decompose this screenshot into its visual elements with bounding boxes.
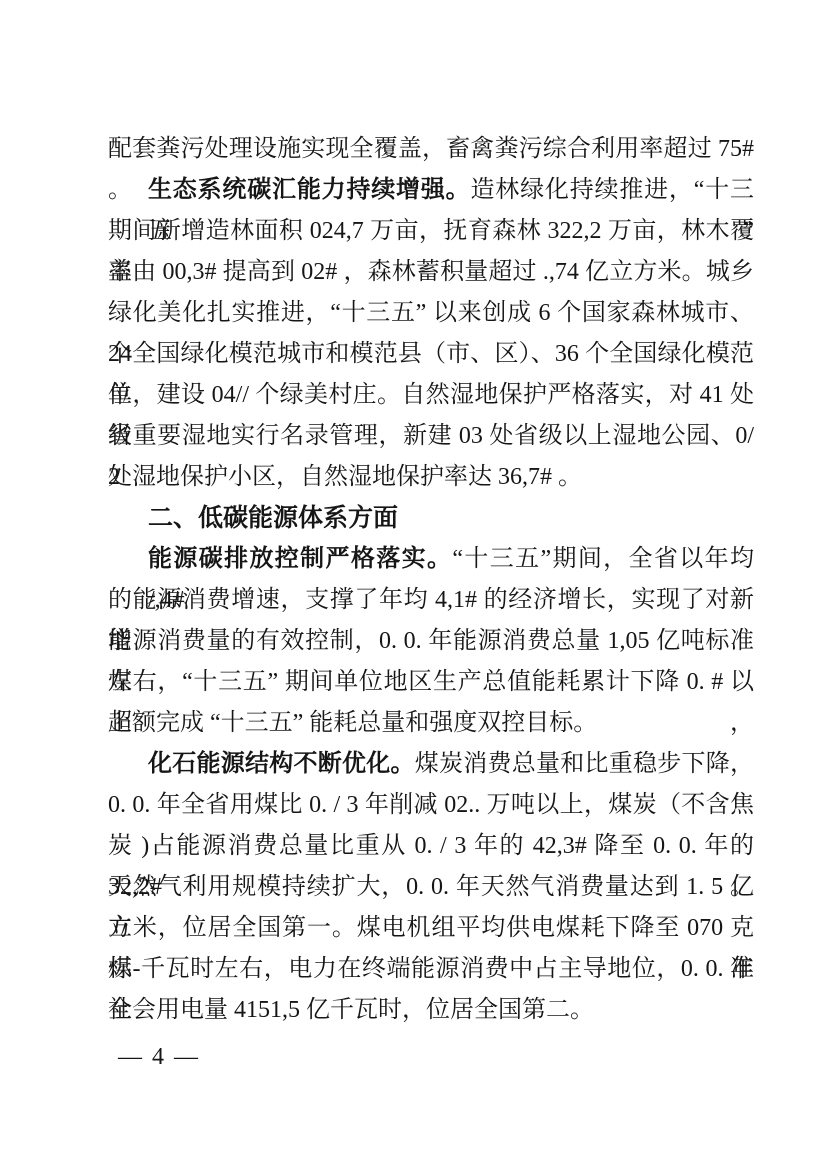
paragraph-lead-emphasis: 生态系统碳汇能力持续增强。 [148,177,470,203]
text-line: 级重要湿地实行名录管理，新建 03 处省级以上湿地公园、0/ 2 [108,416,754,457]
text-line: 天然气利用规模持续扩大，0. 0. 年天然气消费量达到 1. 5 亿立 [108,867,754,908]
document-page: 配套粪污处理设施实现全覆盖，畜禽粪污综合利用率超过 75# 。生态系统碳汇能力持… [0,0,826,1169]
text-line: 生态系统碳汇能力持续增强。造林绿化持续推进，“十三五” [108,170,754,211]
document-body: 配套粪污处理设施实现全覆盖，畜禽粪污综合利用率超过 75# 。生态系统碳汇能力持… [108,129,754,1031]
page-number: — 4 — [118,1042,200,1072]
text-line: 位，建设 04// 个绿美村庄。自然湿地保护严格落实，对 41 处省 [108,375,754,416]
text-line: 左右，“十三五” 期间单位地区生产总值能耗累计下降 0. # 以上， [108,662,754,703]
text-line: 的能源消费增速，支撑了年均 4,1# 的经济增长，实现了对新增 [108,580,754,621]
text-line: 煤-千瓦时左右，电力在终端能源消费中占主导地位，0. 0. 年全 [108,949,754,990]
text-line: 炭 )占能源消费总量比重从 0. / 3 年的 42,3# 降至 0. 0. 年… [108,826,754,867]
text-line: 0. 0. 年全省用煤比 0. / 3 年削减 02.. 万吨以上，煤炭（不含焦 [108,785,754,826]
text-line: 个全国绿化模范城市和模范县（市、区）、36 个全国绿化模范单 [108,334,754,375]
paragraph-text: 超额完成 “十三五” 能耗总量和强度双控目标。 [108,710,597,736]
text-line: 社会用电量 4151,5 亿千瓦时，位居全国第二。 [108,990,754,1031]
heading-low-carbon-energy-system: 二、低碳能源体系方面 [108,498,754,539]
paragraph-text: 0. 0. 年全省用煤比 0. / 3 年削减 02.. 万吨以上，煤炭（不含焦 [108,792,754,818]
paragraph-text: 煤炭消费总量和比重稳步下降， [415,751,754,777]
paragraph-text: 社会用电量 4151,5 亿千瓦时，位居全国第二。 [108,997,594,1023]
text-line: 绿化美化扎实推进，“十三五” 以来创成 6 个国家森林城市、24 [108,293,754,334]
text-line: 处湿地保护小区，自然湿地保护率达 36,7# 。 [108,457,754,498]
paragraph-lead-emphasis: 化石能源结构不断优化。 [148,751,415,777]
paragraph-lead-emphasis: 能源碳排放控制严格落实。 [148,546,452,572]
text-line: 方米，位居全国第一。煤电机组平均供电煤耗下降至 070 克标准 [108,908,754,949]
text-line: 率由 00,3# 提高到 02# ，森林蓄积量超过 .,74 亿立方米。城乡 [108,252,754,293]
paragraph-text: 处湿地保护小区，自然湿地保护率达 36,7# 。 [108,464,582,490]
text-line: 能源碳排放控制严格落实。“十三五”期间，全省以年均 /,4# [108,539,754,580]
paragraph-text: 率由 00,3# 提高到 02# ，森林蓄积量超过 .,74 亿立方米。城乡 [108,259,754,285]
text-line: 化石能源结构不断优化。煤炭消费总量和比重稳步下降， [108,744,754,785]
text-line: 能源消费量的有效控制，0. 0. 年能源消费总量 1,05 亿吨标准煤 [108,621,754,662]
text-line: 期间新增造林面积 024,7 万亩，抚育森林 322,2 万亩，林木覆盖 [108,211,754,252]
text-line: 配套粪污处理设施实现全覆盖，畜禽粪污综合利用率超过 75# 。 [108,129,754,170]
